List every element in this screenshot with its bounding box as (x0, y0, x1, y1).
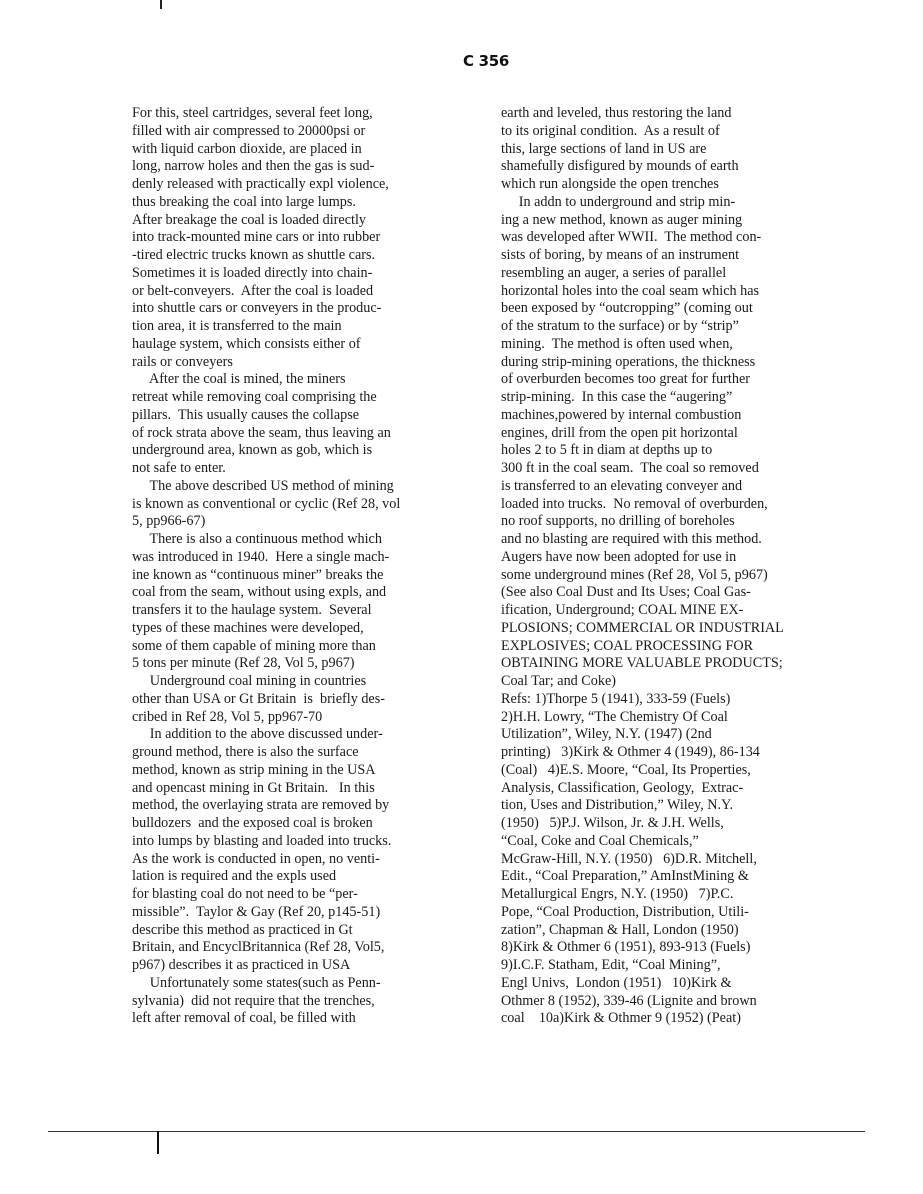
text-line: strip-mining. In this case the “augering… (501, 389, 841, 407)
text-line: The above described US method of mining (132, 478, 452, 496)
text-line: during strip-mining operations, the thic… (501, 354, 841, 372)
text-line: sylvania) did not require that the trenc… (132, 993, 452, 1011)
text-line: ground method, there is also the surface (132, 744, 452, 762)
text-line: transfers it to the haulage system. Seve… (132, 602, 452, 620)
text-line: OBTAINING MORE VALUABLE PRODUCTS; (501, 655, 841, 673)
text-line: (See also Coal Dust and Its Uses; Coal G… (501, 584, 841, 602)
text-line: lation is required and the expls used (132, 868, 452, 886)
text-line: with liquid carbon dioxide, are placed i… (132, 141, 452, 159)
text-line: of rock strata above the seam, thus leav… (132, 425, 452, 443)
text-line: rails or conveyers (132, 354, 452, 372)
text-line: some underground mines (Ref 28, Vol 5, p… (501, 567, 841, 585)
text-line: this, large sections of land in US are (501, 141, 841, 159)
text-line: for blasting coal do not need to be “per… (132, 886, 452, 904)
text-line: After breakage the coal is loaded direct… (132, 212, 452, 230)
text-line: Coal Tar; and Coke) (501, 673, 841, 691)
text-line: into track-mounted mine cars or into rub… (132, 229, 452, 247)
top-crop-mark (160, 0, 162, 9)
text-line: which run alongside the open trenches (501, 176, 841, 194)
text-line: Metallurgical Engrs, N.Y. (1950) 7)P.C. (501, 886, 841, 904)
text-line: engines, drill from the open pit horizon… (501, 425, 841, 443)
text-line: Engl Univs, London (1951) 10)Kirk & (501, 975, 841, 993)
text-line: In addn to underground and strip min- (501, 194, 841, 212)
text-line: not safe to enter. (132, 460, 452, 478)
text-line: printing) 3)Kirk & Othmer 4 (1949), 86-1… (501, 744, 841, 762)
text-line: horizontal holes into the coal seam whic… (501, 283, 841, 301)
text-line: filled with air compressed to 20000psi o… (132, 123, 452, 141)
bottom-rule-line (48, 1131, 865, 1132)
text-line: (Coal) 4)E.S. Moore, “Coal, Its Properti… (501, 762, 841, 780)
text-line: to its original condition. As a result o… (501, 123, 841, 141)
text-line: into shuttle cars or conveyers in the pr… (132, 300, 452, 318)
text-line: EXPLOSIVES; COAL PROCESSING FOR (501, 638, 841, 656)
text-line: denly released with practically expl vio… (132, 176, 452, 194)
text-line: 300 ft in the coal seam. The coal so rem… (501, 460, 841, 478)
text-line: is transferred to an elevating conveyer … (501, 478, 841, 496)
text-line: ification, Underground; COAL MINE EX- (501, 602, 841, 620)
text-line: machines,powered by internal combustion (501, 407, 841, 425)
text-line: 9)I.C.F. Statham, Edit, “Coal Mining”, (501, 957, 841, 975)
text-line: left after removal of coal, be filled wi… (132, 1010, 452, 1028)
text-line: missible”. Taylor & Gay (Ref 20, p145-51… (132, 904, 452, 922)
text-line: was developed after WWII. The method con… (501, 229, 841, 247)
text-line: method, known as strip mining in the USA (132, 762, 452, 780)
text-line: 5 tons per minute (Ref 28, Vol 5, p967) (132, 655, 452, 673)
text-line: Underground coal mining in countries (132, 673, 452, 691)
text-line: Edit., “Coal Preparation,” AmInstMining … (501, 868, 841, 886)
text-line: describe this method as practiced in Gt (132, 922, 452, 940)
text-line: is known as conventional or cyclic (Ref … (132, 496, 452, 514)
text-line: of the stratum to the surface) or by “st… (501, 318, 841, 336)
bottom-crop-mark (157, 1131, 159, 1154)
text-line: Refs: 1)Thorpe 5 (1941), 333-59 (Fuels) (501, 691, 841, 709)
text-line: For this, steel cartridges, several feet… (132, 105, 452, 123)
text-line: Utilization”, Wiley, N.Y. (1947) (2nd (501, 726, 841, 744)
text-line: retreat while removing coal comprising t… (132, 389, 452, 407)
text-line: loaded into trucks. No removal of overbu… (501, 496, 841, 514)
text-line: and no blasting are required with this m… (501, 531, 841, 549)
text-line: ing a new method, known as auger mining (501, 212, 841, 230)
text-line: Unfortunately some states(such as Penn- (132, 975, 452, 993)
text-line: long, narrow holes and then the gas is s… (132, 158, 452, 176)
text-line: cribed in Ref 28, Vol 5, pp967-70 (132, 709, 452, 727)
text-line: thus breaking the coal into large lumps. (132, 194, 452, 212)
text-line: tion area, it is transferred to the main (132, 318, 452, 336)
text-line: Britain, and EncyclBritannica (Ref 28, V… (132, 939, 452, 957)
text-line: Pope, “Coal Production, Distribution, Ut… (501, 904, 841, 922)
text-line: mining. The method is often used when, (501, 336, 841, 354)
text-line: was introduced in 1940. Here a single ma… (132, 549, 452, 567)
text-line: into lumps by blasting and loaded into t… (132, 833, 452, 851)
text-line: underground area, known as gob, which is (132, 442, 452, 460)
text-line: PLOSIONS; COMMERCIAL OR INDUSTRIAL (501, 620, 841, 638)
text-line: no roof supports, no drilling of borehol… (501, 513, 841, 531)
text-line: of overburden becomes too great for furt… (501, 371, 841, 389)
text-line: ine known as “continuous miner” breaks t… (132, 567, 452, 585)
text-line: shamefully disfigured by mounds of earth (501, 158, 841, 176)
left-text-column: For this, steel cartridges, several feet… (132, 105, 452, 1028)
text-line: been exposed by “outcropping” (coming ou… (501, 300, 841, 318)
right-text-column: earth and leveled, thus restoring the la… (501, 105, 841, 1028)
text-line: coal 10a)Kirk & Othmer 9 (1952) (Peat) (501, 1010, 841, 1028)
text-line: some of them capable of mining more than (132, 638, 452, 656)
text-line: sists of boring, by means of an instrume… (501, 247, 841, 265)
text-line: bulldozers and the exposed coal is broke… (132, 815, 452, 833)
text-line: or belt-conveyers. After the coal is loa… (132, 283, 452, 301)
text-line: other than USA or Gt Britain is briefly … (132, 691, 452, 709)
text-line: Analysis, Classification, Geology, Extra… (501, 780, 841, 798)
text-line: tion, Uses and Distribution,” Wiley, N.Y… (501, 797, 841, 815)
text-line: Othmer 8 (1952), 339-46 (Lignite and bro… (501, 993, 841, 1011)
text-line: There is also a continuous method which (132, 531, 452, 549)
text-line: McGraw-Hill, N.Y. (1950) 6)D.R. Mitchell… (501, 851, 841, 869)
text-line: Augers have now been adopted for use in (501, 549, 841, 567)
text-line: 5, pp966-67) (132, 513, 452, 531)
text-line: method, the overlaying strata are remove… (132, 797, 452, 815)
text-line: As the work is conducted in open, no ven… (132, 851, 452, 869)
text-line: p967) describes it as practiced in USA (132, 957, 452, 975)
text-line: earth and leveled, thus restoring the la… (501, 105, 841, 123)
text-line: types of these machines were developed, (132, 620, 452, 638)
text-line: resembling an auger, a series of paralle… (501, 265, 841, 283)
text-line: coal from the seam, without using expls,… (132, 584, 452, 602)
text-line: 8)Kirk & Othmer 6 (1951), 893-913 (Fuels… (501, 939, 841, 957)
text-line: Sometimes it is loaded directly into cha… (132, 265, 452, 283)
text-line: and opencast mining in Gt Britain. In th… (132, 780, 452, 798)
text-line: pillars. This usually causes the collaps… (132, 407, 452, 425)
text-line: After the coal is mined, the miners (132, 371, 452, 389)
text-line: (1950) 5)P.J. Wilson, Jr. & J.H. Wells, (501, 815, 841, 833)
text-line: -tired electric trucks known as shuttle … (132, 247, 452, 265)
text-line: 2)H.H. Lowry, “The Chemistry Of Coal (501, 709, 841, 727)
page-number-header: C 356 (463, 52, 509, 70)
text-line: holes 2 to 5 ft in diam at depths up to (501, 442, 841, 460)
text-line: zation”, Chapman & Hall, London (1950) (501, 922, 841, 940)
text-line: “Coal, Coke and Coal Chemicals,” (501, 833, 841, 851)
text-line: haulage system, which consists either of (132, 336, 452, 354)
text-line: In addition to the above discussed under… (132, 726, 452, 744)
